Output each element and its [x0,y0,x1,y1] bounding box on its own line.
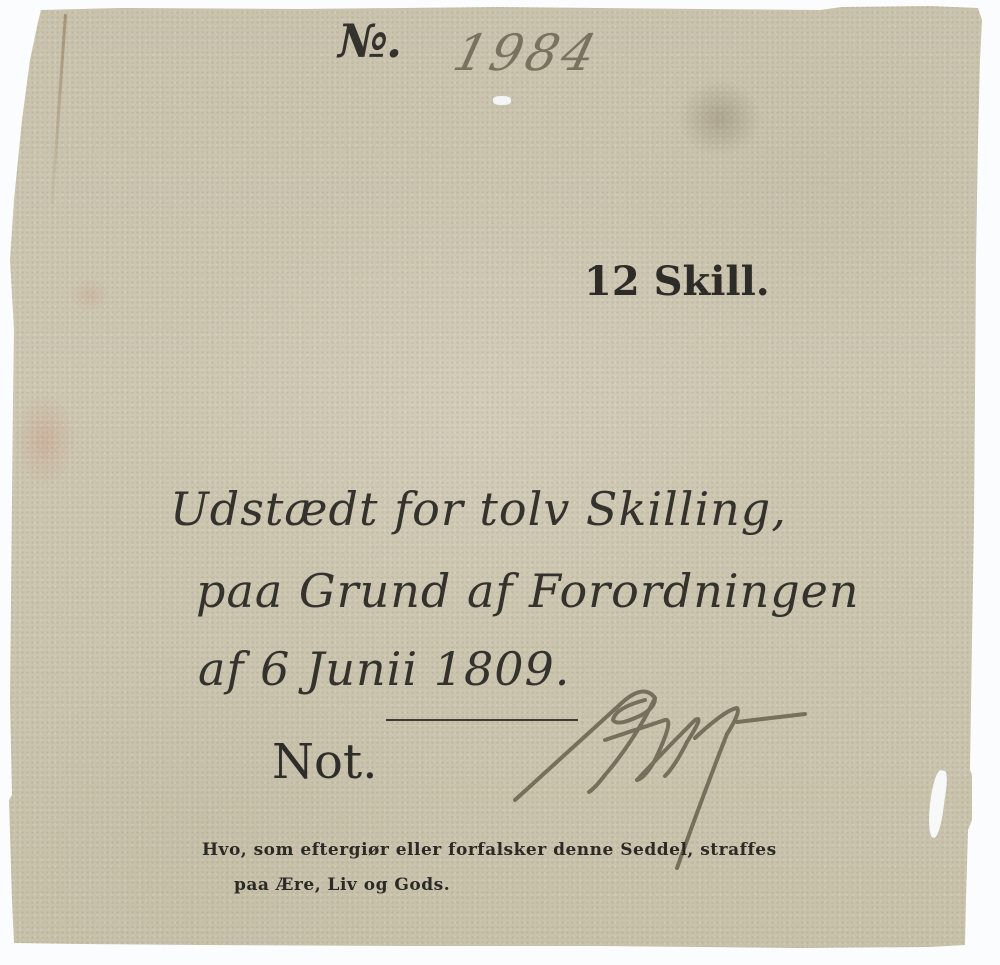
paper-hole [493,96,511,105]
serial-number: 1984 [448,24,606,82]
notary-label: Not. [272,738,377,786]
body-line-1: Udstædt for tolv Skilling, [170,486,787,532]
serial-label: №. [338,18,400,64]
warning-line-1: Hvo, som eftergiør eller forfalsker denn… [202,842,777,859]
warning-line-2: paa Ære, Liv og Gods. [234,877,450,894]
denomination: 12 Skill. [584,262,770,302]
scan-background: №. 1984 12 Skill. Udstædt for tolv Skill… [0,0,1000,965]
body-line-2: paa Grund af Forordningen [196,568,860,614]
